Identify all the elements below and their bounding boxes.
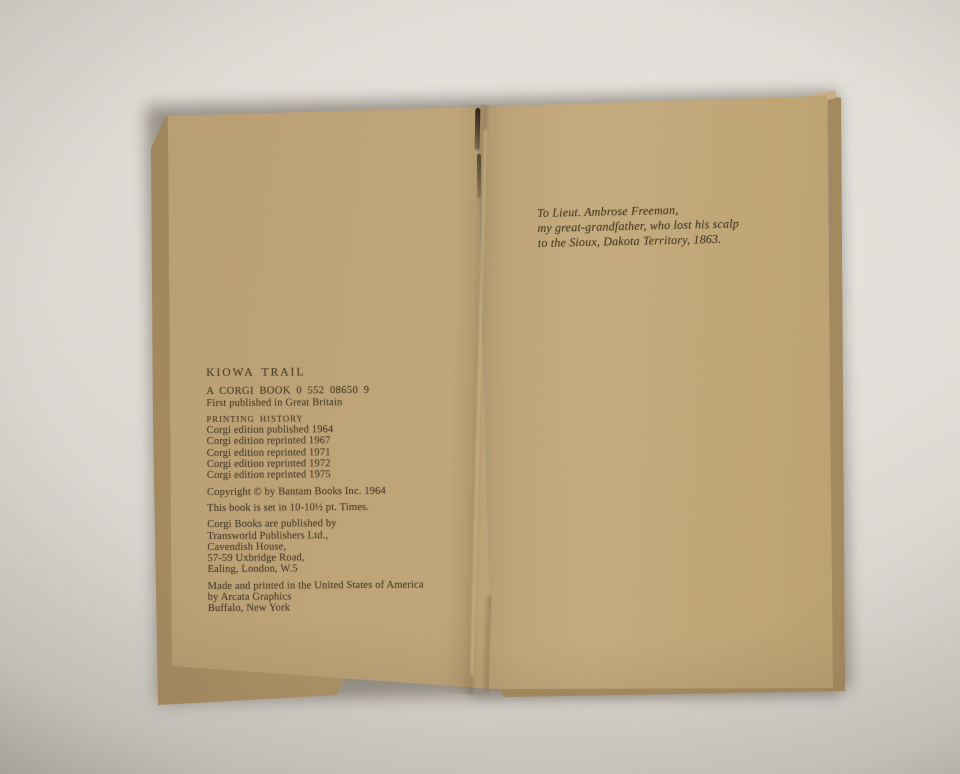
dedication-text-block: To Lieut. Ambrose Freeman, my great-gran… bbox=[537, 200, 798, 251]
first-published-line: First published in Great Britain bbox=[206, 396, 498, 409]
publisher-line: Ealing, London, W.5 bbox=[208, 562, 500, 575]
spine-tear-mark-top bbox=[475, 108, 481, 150]
book-title: KIOWA TRAIL bbox=[206, 366, 498, 379]
spine-tear-mark-lower bbox=[477, 154, 481, 198]
typesetting-line: This book is set in 10-10½ pt. Times. bbox=[207, 501, 499, 514]
photo-open-paperback-book: KIOWA TRAIL A CORGI BOOK 0 552 08650 9 F… bbox=[0, 0, 960, 774]
printing-location-line: Buffalo, New York bbox=[208, 601, 500, 614]
copyright-line: Copyright © by Bantam Books Inc. 1964 bbox=[207, 485, 499, 498]
copyright-text-block: KIOWA TRAIL A CORGI BOOK 0 552 08650 9 F… bbox=[206, 366, 500, 615]
printing-history-line: Corgi edition reprinted 1975 bbox=[207, 468, 499, 481]
